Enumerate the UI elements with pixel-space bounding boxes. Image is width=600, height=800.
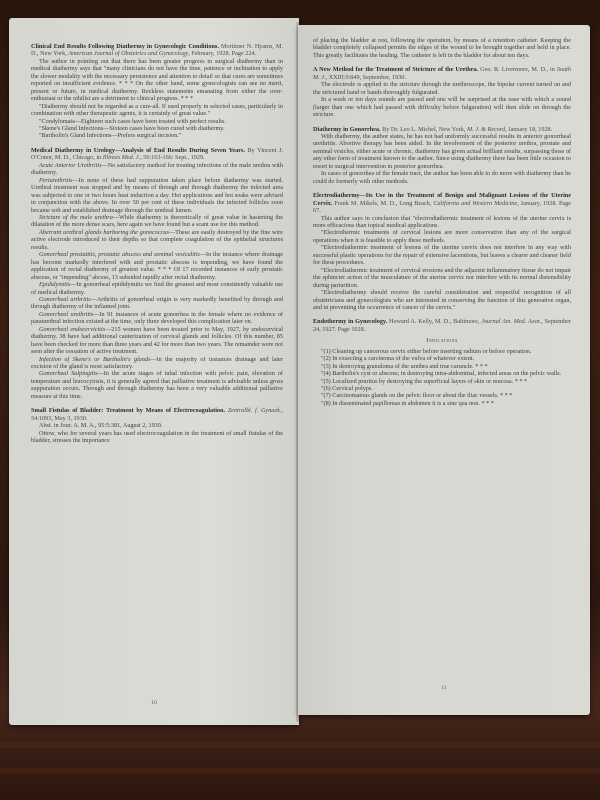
section-paragraph: Gonorrheal Salpingitis—In the acute stag… — [31, 370, 283, 400]
citation-author: Geo. R. Livermore, M. D., in — [480, 66, 555, 73]
article-title: Endothermy in Gynecology. — [313, 318, 387, 325]
indication-item: "(4) Bartholin's cyst or abscess; in des… — [313, 370, 571, 377]
wood-grain — [0, 768, 600, 774]
page-number: 10 — [9, 700, 299, 706]
article-title: Diathermy in Gonorrhea. — [313, 126, 381, 133]
left-page: Clinical End Results Following Diathermy… — [9, 18, 299, 725]
section-paragraph: Periurethritis—In none of these had supp… — [31, 177, 283, 214]
paragraph: The author in pointing out that there ha… — [31, 58, 283, 103]
article-heading: Small Fistulas of Bladder: Treatment by … — [31, 407, 283, 422]
citation-journal: Illinois Med. J., — [103, 154, 142, 161]
paragraph: "Condylomata—Eighteen such cases have be… — [31, 118, 283, 125]
section-heading: Stricture of the male urethra — [39, 214, 113, 221]
article-title: A New Method for the Treatment of Strict… — [313, 66, 478, 73]
paragraph: The electrode is applied to the strictur… — [313, 81, 571, 96]
paragraph: "Electrodiathermic treatment of cervical… — [313, 267, 571, 289]
article-heading: Diathermy in Gonorrhea. By Dr. Leo L. Mi… — [313, 126, 571, 133]
citation-journal: Journal Am. Med. Assn., — [481, 318, 543, 325]
article-title: Medical Diathermy in Urology—Analysis of… — [31, 147, 245, 154]
paragraph: With diathermy, the author states, he ha… — [313, 133, 571, 170]
paragraph: "Electrodiathermy should receive the car… — [313, 289, 571, 311]
section-paragraph: Aberrant urethral glands harboring the g… — [31, 229, 283, 251]
section-paragraph: Gonorrheal arthritis—Arthritis of gonorr… — [31, 296, 283, 311]
section-heading: Gonorrheal arthritis — [39, 296, 91, 303]
citation-date: January 18, 1928. — [508, 126, 552, 133]
paragraph: "Electrodiathermic treatment of lesions … — [313, 244, 571, 266]
section-heading: Gonorrheal urethritis — [39, 311, 93, 318]
article-citation: Frank M. Mikels, M. D., Long Beach, Cali… — [313, 200, 571, 214]
section-heading: Gonorrheal prostatitis, prostatic absces… — [39, 251, 200, 258]
paragraph: "Bartholin's Gland Infections—Prefers su… — [31, 132, 283, 139]
section-paragraph: Acute Anterior Urethritis—No satisfactor… — [31, 162, 283, 177]
citation-author: By Dr. Leo L. Michel, New York, — [382, 126, 465, 133]
citation-journal: American Journal of Obstetrics and Gynec… — [68, 50, 189, 57]
citation-date: February, 1928. Page 224. — [191, 50, 256, 57]
paragraph: Ottow, who for several years has used el… — [31, 430, 283, 445]
indication-item: "(6) Cervical polyps. — [313, 385, 571, 392]
paragraph: This author says in conclusion that "ele… — [313, 215, 571, 230]
section-paragraph: Gonorrheal prostatitis, prostatic absces… — [31, 251, 283, 281]
paragraph: In a week or ten days sounds are passed … — [313, 96, 571, 118]
paragraph: "Skene's Gland Infections—Sixteen cases … — [31, 125, 283, 132]
article-citation: By Dr. Leo L. Michel, New York, M. J. & … — [382, 126, 552, 133]
citation-author: Howard A. Kelly, M. D., Baltimore, — [389, 318, 479, 325]
section-heading: Acute Anterior Urethritis — [39, 162, 102, 169]
section-heading: Infection of Skene's or Bartholin's glan… — [39, 356, 150, 363]
paragraph: "Electrothermic treatments of cervical l… — [313, 229, 571, 244]
citation-author: Frank M. Mikels, M. D., Long Beach, — [334, 200, 431, 207]
abstract-citation: Abst. in Jour. A. M. A., 95:5:381, Augus… — [31, 422, 283, 429]
indication-item: "(7) Carcinomatous glands on the pelvic … — [313, 392, 571, 399]
article-heading: Clinical End Results Following Diathermy… — [31, 43, 283, 58]
indication-item: "(2) In exsecting a carcinoma of the vul… — [313, 355, 571, 362]
paragraph: "Diathermy should not be regarded as a c… — [31, 103, 283, 118]
subheading-indications: Indications — [313, 337, 571, 344]
section-heading: Gonorrheal endocervicitis — [39, 326, 105, 333]
article-heading: Electrodiathermy—Its Use in the Treatmen… — [313, 192, 571, 214]
section-paragraph: Stricture of the male urethra—While diat… — [31, 214, 283, 229]
section-paragraph: Infection of Skene's or Bartholin's glan… — [31, 356, 283, 371]
citation-date: XXIII:9:849, September, 1930. — [329, 74, 406, 81]
article-heading: Medical Diathermy in Urology—Analysis of… — [31, 147, 283, 162]
right-column: of placing the bladder at rest, followin… — [313, 37, 571, 407]
left-column: Clinical End Results Following Diathermy… — [31, 43, 283, 445]
article-heading: A New Method for the Treatment of Strict… — [313, 66, 571, 81]
section-paragraph: Gonorrheal endocervicitis—215 women have… — [31, 326, 283, 356]
citation-journal: M. J. & Record, — [467, 126, 507, 133]
section-paragraph: Gonorrheal urethritis—In 91 instances of… — [31, 311, 283, 326]
section-heading: Gonorrheal Salpingitis — [39, 370, 98, 377]
indication-item: "(5) Localized pruritus by destroying th… — [313, 378, 571, 385]
citation-journal: California and Western Medicine, — [433, 200, 518, 207]
indication-item: "(1) Cleaning up cancerous cervix either… — [313, 348, 571, 355]
continued-paragraph: of placing the bladder at rest, followin… — [313, 37, 571, 59]
citation-date: 56:163-166: Sept., 1929. — [143, 154, 204, 161]
article-title: Clinical End Results Following Diathermy… — [31, 43, 219, 50]
section-heading: Epididymitis — [39, 281, 70, 288]
wood-grain — [0, 742, 600, 748]
indication-item: "(8) In disseminated papillomas in abdom… — [313, 400, 571, 407]
page-number: 11 — [298, 685, 590, 691]
right-page: of placing the bladder at rest, followin… — [298, 25, 590, 715]
paragraph: In cases of gonorrhea of the female trac… — [313, 170, 571, 185]
article-heading: Endothermy in Gynecology. Howard A. Kell… — [313, 318, 571, 333]
section-paragraph: Epididymitis—In gonorrheal epididymitis … — [31, 281, 283, 296]
citation-date: 54:1093, May 3, 1930. — [31, 415, 87, 422]
citation-journal: Zentralbl. f. Gynaek., — [228, 407, 283, 414]
indication-item: "(3) In destroying granuloma of the uret… — [313, 363, 571, 370]
section-heading: Aberrant urethral glands harboring the g… — [39, 229, 169, 236]
article-title: Small Fistulas of Bladder: Treatment by … — [31, 407, 225, 414]
section-heading: Periurethritis — [39, 177, 72, 184]
